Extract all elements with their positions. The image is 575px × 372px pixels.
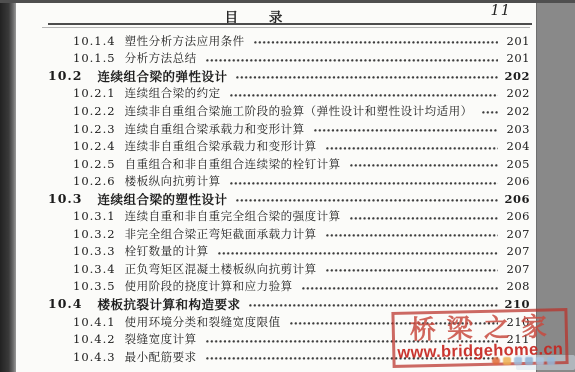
overlay-blue-icon-3 <box>536 357 544 365</box>
toc-entry-page: 207 <box>503 244 530 258</box>
toc-entry-number: 10.1.4 <box>73 34 116 48</box>
toc-entry-title: 连续非自重组合梁施工阶段的验算（弹性设计和塑性设计均适用） <box>125 103 473 119</box>
dot-leader <box>254 41 498 44</box>
toc-entry-number: 10.4.3 <box>73 350 116 364</box>
dot-leader <box>314 129 498 132</box>
toc-entry-page: 201 <box>503 51 530 65</box>
dot-leader <box>326 234 498 237</box>
toc-entry-page: 202 <box>503 104 530 118</box>
toc-entry-page: 207 <box>503 262 530 276</box>
toc-entry-number: 10.2.2 <box>73 104 116 118</box>
toc-entry: 10.1.5 分析方法总结 201 <box>16 50 537 68</box>
dot-leader <box>326 147 498 150</box>
dot-leader <box>350 217 498 220</box>
toc-entry-title: 楼板纵向抗剪计算 <box>125 173 221 189</box>
toc-entry-title: 非完全组合梁正弯矩截面承载力计算 <box>125 226 317 242</box>
overlay-orange-dot-icon <box>492 357 500 365</box>
toc-entry-page: 206 <box>503 174 530 188</box>
toc-entry-number: 10.2.4 <box>73 139 116 153</box>
toc-entry-number: 10.2.3 <box>73 122 116 136</box>
toc-entry-title: 连续组合梁的塑性设计 <box>97 190 227 208</box>
toc-entry-number: 10.4.2 <box>73 332 116 346</box>
toc-entry: 10.2.6 楼板纵向抗剪计算 206 <box>16 172 537 190</box>
overlay-blue-icon-4 <box>547 357 555 365</box>
toc-entry-number: 10.4 <box>48 296 82 311</box>
dot-leader <box>482 111 498 114</box>
toc-entry: 10.2 连续组合梁的弹性设计 202 <box>16 67 537 85</box>
toc-entry-number: 10.4.1 <box>73 315 116 329</box>
toc-entry-title: 自重组合和非自重组合连续梁的栓钉计算 <box>125 156 341 172</box>
toc-entry-title: 连续自重组合梁承载力和变形计算 <box>125 121 305 137</box>
scan-top-edge <box>0 0 575 3</box>
toc-entry-number: 10.3.3 <box>73 244 116 258</box>
toc-entry-number: 10.3.1 <box>73 209 116 223</box>
toc-entry-number: 10.2.5 <box>73 157 116 171</box>
toc-entry: 10.3.3 栓钉数量的计算 207 <box>16 243 537 261</box>
toc-entry: 10.1.4 塑性分析方法应用条件 201 <box>16 32 537 50</box>
dot-leader <box>218 252 498 255</box>
toc-entry: 10.3.1 连续自重和非自重完全组合梁的强度计算 206 <box>16 207 537 225</box>
toc-entry-title: 使用环境分类和裂缝宽度限值 <box>125 314 281 330</box>
toc-entry: 10.3.4 正负弯矩区混凝土楼板纵向抗剪计算 207 <box>16 260 537 278</box>
toc-entry-title: 最小配筋要求 <box>125 349 197 365</box>
toc-entry: 10.3.5 使用阶段的挠度计算和应力验算 208 <box>16 278 537 296</box>
dot-leader <box>230 182 498 185</box>
toc-entry-page: 202 <box>503 69 530 83</box>
toc-entry: 10.2.4 连续非自重组合梁承载力和变形计算 204 <box>16 137 537 155</box>
toc-entry-number: 10.3.4 <box>73 262 116 276</box>
toc-entry: 10.2.2 连续非自重组合梁施工阶段的验算（弹性设计和塑性设计均适用） 202 <box>16 102 537 120</box>
toc-entry-page: 206 <box>503 209 530 223</box>
overlay-blue-icon-2 <box>525 357 533 365</box>
toc-entry-page: 205 <box>503 157 530 171</box>
toc-entry-title: 裂缝宽度计算 <box>125 331 197 347</box>
toc-entry-page: 206 <box>503 192 530 206</box>
toc-entry-number: 10.2 <box>48 68 82 83</box>
dot-leader <box>302 287 498 290</box>
toc-entry-number: 10.1.5 <box>73 51 116 65</box>
overlay-blue-icon-1 <box>514 357 522 365</box>
toc-entry: 10.2.5 自重组合和非自重组合连续梁的栓钉计算 205 <box>16 155 537 173</box>
toc-entry-title: 楼板抗裂计算和构造要求 <box>97 295 240 313</box>
dot-leader <box>236 76 498 79</box>
toc-entry-number: 10.3.2 <box>73 227 116 241</box>
toc-entry: 10.2.3 连续自重组合梁承载力和变形计算 203 <box>16 120 537 138</box>
toc-entry-page: 207 <box>503 227 530 241</box>
toc-entry-number: 10.2.1 <box>73 86 116 100</box>
toc-entry-number: 10.3.5 <box>73 279 116 293</box>
scanned-document-page: 目 录 11 10.1.4 塑性分析方法应用条件 201 10.1.5 分析方法… <box>0 0 575 372</box>
toc-entry-page: 201 <box>503 34 530 48</box>
dot-leader <box>230 94 498 97</box>
dot-leader <box>350 164 498 167</box>
toc-entry-title: 栓钉数量的计算 <box>125 243 209 259</box>
page-number: 11 <box>491 3 511 19</box>
header-divider <box>48 23 532 25</box>
toc-entry-title: 正负弯矩区混凝土楼板纵向抗剪计算 <box>125 261 317 277</box>
toc-entry-title: 连续组合梁的弹性设计 <box>97 67 227 85</box>
overlay-toolbar-icons <box>492 357 555 365</box>
dot-leader <box>236 199 498 202</box>
toc-entry-page: 204 <box>503 139 530 153</box>
toc-entry-title: 连续组合梁的约定 <box>125 85 221 101</box>
toc-entry: 10.2.1 连续组合梁的约定 202 <box>16 85 537 103</box>
toc-entry-page: 203 <box>503 122 530 136</box>
toc-entry-page: 202 <box>503 86 530 100</box>
overlay-yellow-icon <box>503 357 511 365</box>
toc-entry-number: 10.2.6 <box>73 174 116 188</box>
toc-entry-title: 分析方法总结 <box>125 50 197 66</box>
toc-entry-page: 208 <box>503 279 530 293</box>
toc-entry: 10.3.2 非完全组合梁正弯矩截面承载力计算 207 <box>16 225 537 243</box>
dot-leader <box>249 304 498 307</box>
toc-entry-title: 塑性分析方法应用条件 <box>125 33 245 49</box>
toc-entry: 10.3 连续组合梁的塑性设计 206 <box>16 190 537 208</box>
toc-entry-title: 连续非自重组合梁承载力和变形计算 <box>125 138 317 154</box>
scan-left-edge <box>0 0 16 372</box>
toc-entry-title: 使用阶段的挠度计算和应力验算 <box>125 278 293 294</box>
dot-leader <box>206 59 498 62</box>
toc-entry-number: 10.3 <box>48 191 82 206</box>
toc-entry-title: 连续自重和非自重完全组合梁的强度计算 <box>125 208 341 224</box>
dot-leader <box>326 269 498 272</box>
